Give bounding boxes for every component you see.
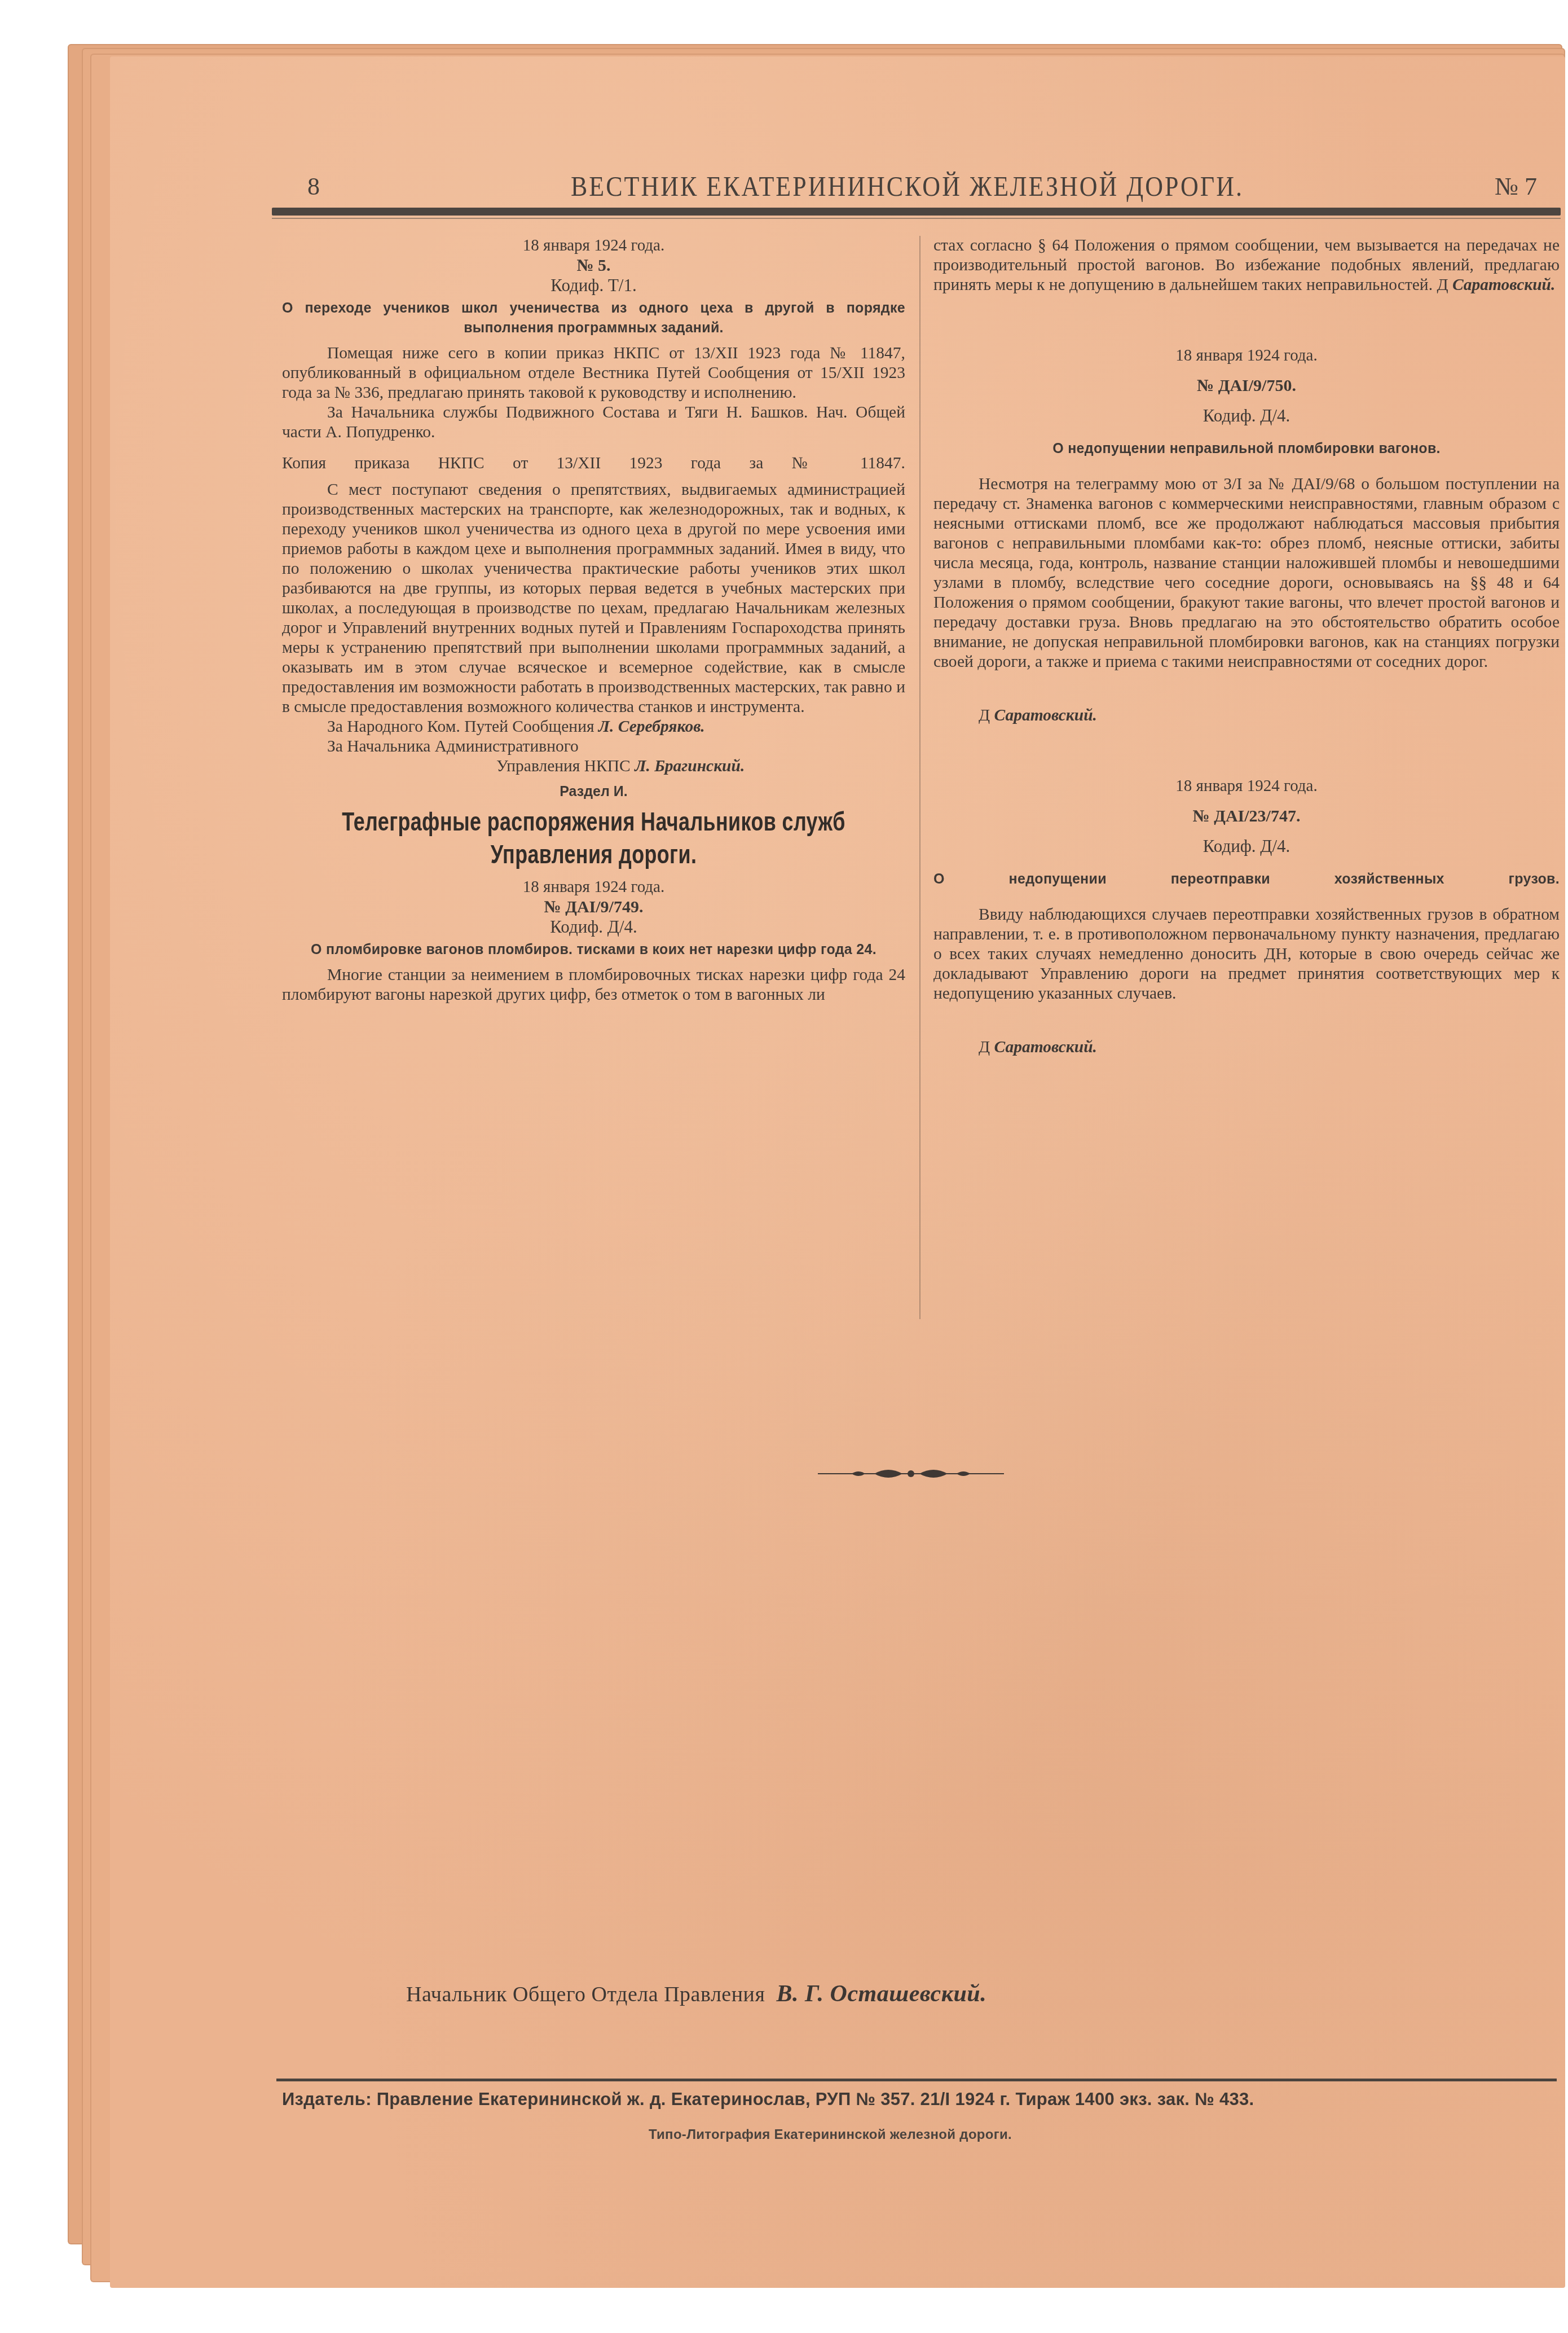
- order-number: № ДАI/9/749.: [282, 897, 905, 917]
- page-number: 8: [307, 172, 320, 201]
- order-date: 18 января 1924 года.: [282, 236, 905, 256]
- publication-title: ВЕСТНИК ЕКАТЕРИНИНСКОЙ ЖЕЛЕЗНОЙ ДОРОГИ.: [571, 170, 1244, 203]
- fleuron-divider-icon: [818, 1466, 1004, 1482]
- order-747: 18 января 1924 года. № ДАI/23/747. Кодиф…: [933, 776, 1560, 1057]
- order-number: № 5.: [282, 256, 905, 275]
- order-body: Помещая ниже сего в копии приказ НКПС от…: [282, 344, 905, 403]
- order-kodif: Кодиф. Д/4.: [933, 836, 1560, 856]
- signature-name: Саратовский.: [994, 706, 1097, 724]
- continuation-body: стах согласно § 64 Положения о прямом со…: [933, 236, 1560, 295]
- order-date: 18 января 1924 года.: [933, 346, 1560, 366]
- signature-prefix: Д: [979, 1038, 990, 1056]
- copy-body: С мест поступают сведения о препятствиях…: [282, 480, 905, 717]
- nkps-copy: Копия приказа НКПС от 13/XII 1923 года з…: [282, 454, 905, 776]
- issue-number: № 7: [1495, 172, 1537, 201]
- signature-name: Л. Брагинский.: [635, 757, 745, 775]
- order-subject: О переходе учеников школ ученичества из …: [282, 298, 905, 338]
- copy-signature-2: За Начальника Административного: [282, 737, 905, 757]
- signature-name: Саратовский.: [1452, 276, 1555, 294]
- order-subject: О недопущении неправильной пломбировки в…: [933, 439, 1560, 459]
- order-kodif: Кодиф. Д/4.: [933, 406, 1560, 425]
- closing-signature: Начальник Общего Отдела Правления В. Г. …: [406, 1980, 1365, 2007]
- footer-rule: [276, 2079, 1557, 2081]
- order-number: № ДАI/23/747.: [933, 806, 1560, 826]
- copy-signature-1: За Народного Ком. Путей Сообщения Л. Сер…: [282, 717, 905, 737]
- order-750: 18 января 1924 года. № ДАI/9/750. Кодиф.…: [933, 346, 1560, 726]
- order-749: 18 января 1924 года. № ДАI/9/749. Кодиф.…: [282, 877, 905, 1005]
- printer-line: Типо-Литография Екатерининской железной …: [649, 2127, 1269, 2143]
- order-number: № ДАI/9/750.: [933, 376, 1560, 396]
- order-749-continuation: стах согласно § 64 Положения о прямом со…: [933, 236, 1560, 295]
- order-signature: За Начальника службы Подвижного Состава …: [282, 403, 905, 442]
- order-signature: Д Саратовский.: [933, 1038, 1560, 1057]
- section-title: Телеграфные распоряжения Начальников слу…: [298, 805, 889, 871]
- masthead-rule-thin: [272, 218, 1561, 219]
- right-column: стах согласно § 64 Положения о прямом со…: [933, 236, 1560, 1057]
- order-body: Ввиду наблюдающихся случаев переотправки…: [933, 905, 1560, 1004]
- signature-role: Управления НКПС: [496, 757, 631, 775]
- signature-role: За Народного Ком. Путей Сообщения: [327, 718, 594, 736]
- order-signature: Д Саратовский.: [933, 706, 1560, 726]
- order-kodif: Кодиф. Т/1.: [282, 275, 905, 295]
- order-date: 18 января 1924 года.: [282, 877, 905, 897]
- left-column: 18 января 1924 года. № 5. Кодиф. Т/1. О …: [282, 236, 905, 1005]
- order-date: 18 января 1924 года.: [933, 776, 1560, 796]
- order-body: Несмотря на телеграмму мою от 3/I за № Д…: [933, 474, 1560, 672]
- masthead-rule: [272, 208, 1561, 216]
- signature-name: Саратовский.: [994, 1038, 1097, 1056]
- order-body: Многие станции за неимением в пломбирово…: [282, 965, 905, 1005]
- section-label: Раздел И.: [282, 782, 905, 802]
- signature-name: Л. Серебряков.: [598, 718, 705, 736]
- closing-signature-name: В. Г. Осташевский.: [776, 1981, 986, 2007]
- order-subject: О пломбировке вагонов пломбиров. тисками…: [282, 940, 905, 960]
- order-subject: О недопущении переотправки хозяйственных…: [933, 869, 1560, 889]
- copy-signature-3: Управления НКПС Л. Брагинский.: [282, 757, 905, 776]
- column-divider: [919, 236, 920, 1319]
- copy-title: Копия приказа НКПС от 13/XII 1923 года з…: [282, 454, 905, 473]
- order-5: 18 января 1924 года. № 5. Кодиф. Т/1. О …: [282, 236, 905, 442]
- order-kodif: Кодиф. Д/4.: [282, 917, 905, 937]
- publisher-imprint: Издатель: Правление Екатерининской ж. д.…: [282, 2089, 1557, 2110]
- section-heading: Раздел И. Телеграфные распоряжения Начал…: [282, 782, 905, 871]
- closing-signature-title: Начальник Общего Отдела Правления: [406, 1983, 765, 2006]
- signature-prefix: Д: [1437, 276, 1448, 294]
- signature-prefix: Д: [979, 706, 990, 724]
- masthead: 8 ВЕСТНИК ЕКАТЕРИНИНСКОЙ ЖЕЛЕЗНОЙ ДОРОГИ…: [279, 169, 1560, 203]
